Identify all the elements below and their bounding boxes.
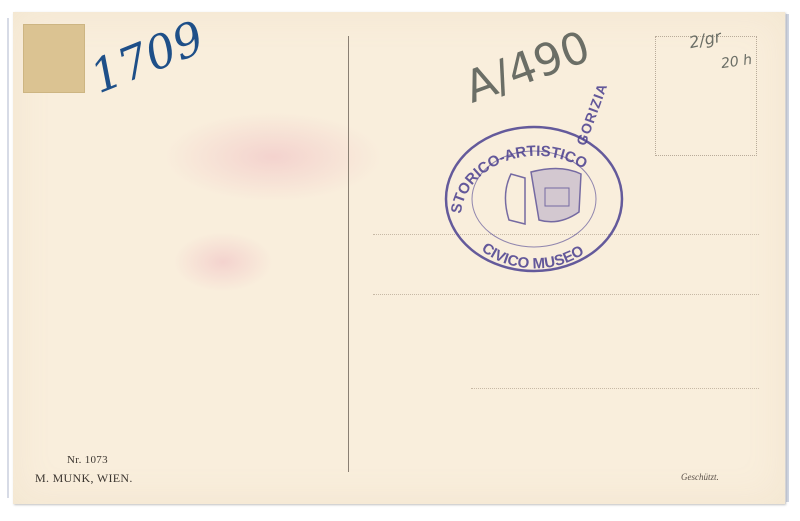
address-line (373, 294, 759, 295)
pink-show-through-stain (173, 232, 273, 292)
stamp-text-bottom: CIVICO MUSEO (479, 239, 588, 272)
adhesive-residue-patch (23, 24, 85, 93)
coat-of-arms-icon (505, 168, 581, 224)
svg-text:CIVICO MUSEO: CIVICO MUSEO (479, 239, 588, 272)
museum-stamp: STORICO-ARTISTICO CIVICO MUSEO (441, 122, 627, 276)
publisher-name: M. MUNK, WIEN. (35, 471, 133, 486)
scan-edge-left (7, 18, 9, 498)
scan-edge-right (786, 14, 789, 502)
center-divider-line (348, 36, 349, 472)
pencil-inventory-mark: A/490 (458, 21, 597, 113)
address-line (471, 388, 759, 389)
postcard-back: 1709 A/490 2/gr 20 h STORICO-ARTISTICO C… (13, 12, 785, 504)
protection-notice: Geschützt. (681, 472, 719, 482)
handwritten-number: 1709 (83, 10, 212, 104)
publisher-number: Nr. 1073 (67, 454, 108, 466)
pink-show-through-stain (163, 112, 383, 202)
